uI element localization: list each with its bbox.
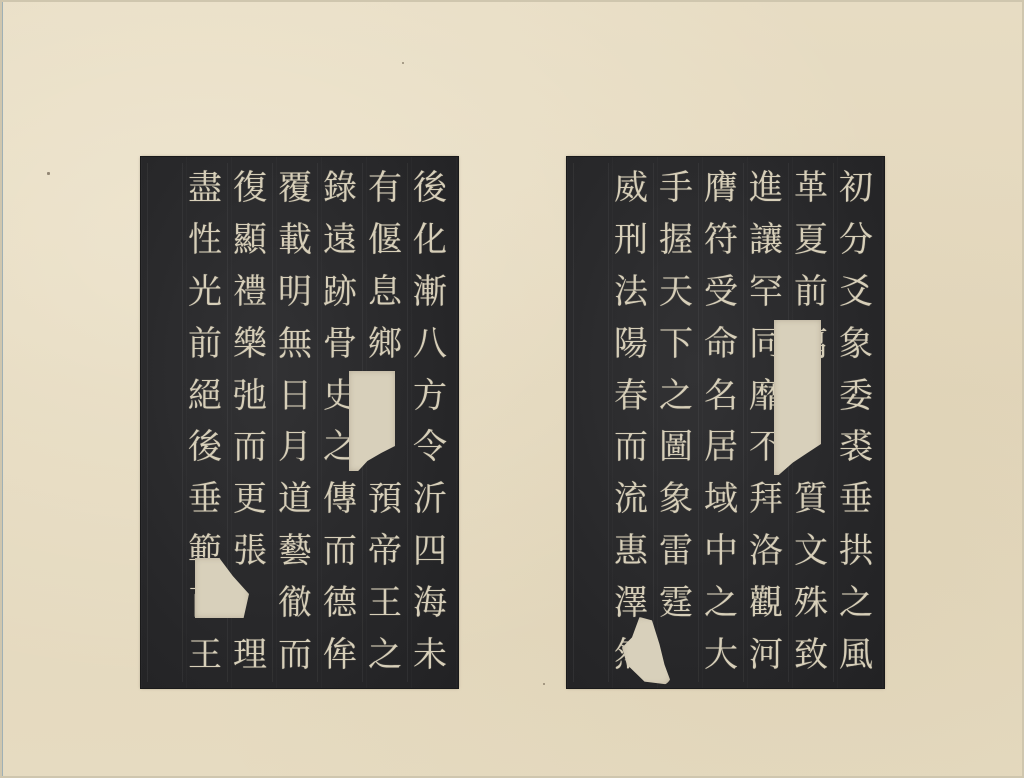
paper-speck: [47, 172, 50, 175]
text-column: 初 分 爻 象 委 裘 垂 拱 之 風: [833, 163, 878, 682]
album-leaf-paper: 後 化 漸 八 方 令 沂 四 海 未 有 偃 息 鄉 預 帝 王: [0, 0, 1024, 778]
character: 垂: [183, 474, 227, 526]
character: 之: [699, 578, 743, 630]
text-column-blank: [147, 163, 182, 682]
paper-speck: [402, 62, 404, 64]
character: 傳: [318, 474, 362, 526]
character: 殊: [789, 578, 833, 630]
character: 觀: [744, 578, 788, 630]
character: 初: [834, 163, 878, 215]
text-column: 威 刑 法 陽 春 而 流 惠 澤 然: [608, 163, 653, 682]
character: 夏: [789, 215, 833, 267]
character: 沂: [408, 474, 452, 526]
character: 偃: [363, 215, 407, 267]
character: 道: [273, 474, 317, 526]
character: 拜: [744, 474, 788, 526]
character: 名: [699, 371, 743, 423]
character: 復: [228, 163, 272, 215]
character: 光: [183, 267, 227, 319]
character: 四: [408, 526, 452, 578]
character: 更: [228, 474, 272, 526]
character: 未: [408, 630, 452, 682]
character: 質: [789, 474, 833, 526]
text-column-blank: [573, 163, 608, 682]
text-column: 後 化 漸 八 方 令 沂 四 海 未: [407, 163, 452, 682]
character: 前: [789, 267, 833, 319]
character: 致: [789, 630, 833, 682]
character: 化: [408, 215, 452, 267]
character: 方: [408, 371, 452, 423]
character: 垂: [834, 474, 878, 526]
character: 裘: [834, 422, 878, 474]
character: 之: [363, 630, 407, 682]
character: 流: [609, 474, 653, 526]
character: 日: [273, 371, 317, 423]
character: 帝: [363, 526, 407, 578]
character: 理: [228, 630, 272, 682]
rubbing-panel-left: 後 化 漸 八 方 令 沂 四 海 未 有 偃 息 鄉 預 帝 王: [141, 157, 458, 688]
character: 中: [699, 526, 743, 578]
character: 天: [654, 267, 698, 319]
character: 刑: [609, 215, 653, 267]
character: 罕: [744, 267, 788, 319]
character: 風: [834, 630, 878, 682]
character: 而: [318, 526, 362, 578]
character: 覆: [273, 163, 317, 215]
character: 後: [408, 163, 452, 215]
character: 居: [699, 422, 743, 474]
character: 手: [654, 163, 698, 215]
character: 性: [183, 215, 227, 267]
character: 象: [654, 474, 698, 526]
character: 讓: [744, 215, 788, 267]
character: 息: [363, 267, 407, 319]
character: 錄: [318, 163, 362, 215]
character: 令: [408, 422, 452, 474]
character: 樂: [228, 319, 272, 371]
character: 而: [273, 630, 317, 682]
character: 無: [273, 319, 317, 371]
character: 爻: [834, 267, 878, 319]
character: 文: [789, 526, 833, 578]
character: 跡: [318, 267, 362, 319]
character: 張: [228, 526, 272, 578]
character: 後: [183, 422, 227, 474]
character: 王: [363, 578, 407, 630]
character: 藝: [273, 526, 317, 578]
character: 德: [318, 578, 362, 630]
character: 而: [609, 422, 653, 474]
character: 雷: [654, 526, 698, 578]
character: 陽: [609, 319, 653, 371]
character: 圖: [654, 422, 698, 474]
character: 鄉: [363, 319, 407, 371]
character: 惠: [609, 526, 653, 578]
character: 載: [273, 215, 317, 267]
character: 霆: [654, 578, 698, 630]
character: 之: [834, 578, 878, 630]
character: 威: [609, 163, 653, 215]
character: 符: [699, 215, 743, 267]
character: 海: [408, 578, 452, 630]
character: 域: [699, 474, 743, 526]
character: 法: [609, 267, 653, 319]
character: 禮: [228, 267, 272, 319]
character: 下: [654, 319, 698, 371]
character: 象: [834, 319, 878, 371]
character: 之: [654, 371, 698, 423]
character: 握: [654, 215, 698, 267]
character: 膺: [699, 163, 743, 215]
character: 委: [834, 371, 878, 423]
character: 弛: [228, 371, 272, 423]
character: 絕: [183, 371, 227, 423]
character: 顯: [228, 215, 272, 267]
character: 漸: [408, 267, 452, 319]
text-column: 膺 符 受 命 名 居 域 中 之 大: [698, 163, 743, 682]
character: 預: [363, 474, 407, 526]
character: 王: [183, 630, 227, 682]
character: 八: [408, 319, 452, 371]
character: 月: [273, 422, 317, 474]
character: 骨: [318, 319, 362, 371]
character: 遠: [318, 215, 362, 267]
character: 分: [834, 215, 878, 267]
character: 而: [228, 422, 272, 474]
character: 河: [744, 630, 788, 682]
character: 有: [363, 163, 407, 215]
character: 盡: [183, 163, 227, 215]
paper-speck: [543, 683, 545, 685]
character: 拱: [834, 526, 878, 578]
character: 進: [744, 163, 788, 215]
text-column: 手 握 天 下 之 圖 象 雷 霆: [653, 163, 698, 682]
character: 革: [789, 163, 833, 215]
text-column: 覆 載 明 無 日 月 道 藝 徹 而: [272, 163, 317, 682]
character: 大: [699, 630, 743, 682]
character: 前: [183, 319, 227, 371]
character: 明: [273, 267, 317, 319]
character: 命: [699, 319, 743, 371]
character: 受: [699, 267, 743, 319]
character: 侔: [318, 630, 362, 682]
character: 洛: [744, 526, 788, 578]
character: 春: [609, 371, 653, 423]
rubbing-panel-right: 初 分 爻 象 委 裘 垂 拱 之 風 革 夏 前 翦 質 文 殊: [567, 157, 884, 688]
character: 徹: [273, 578, 317, 630]
